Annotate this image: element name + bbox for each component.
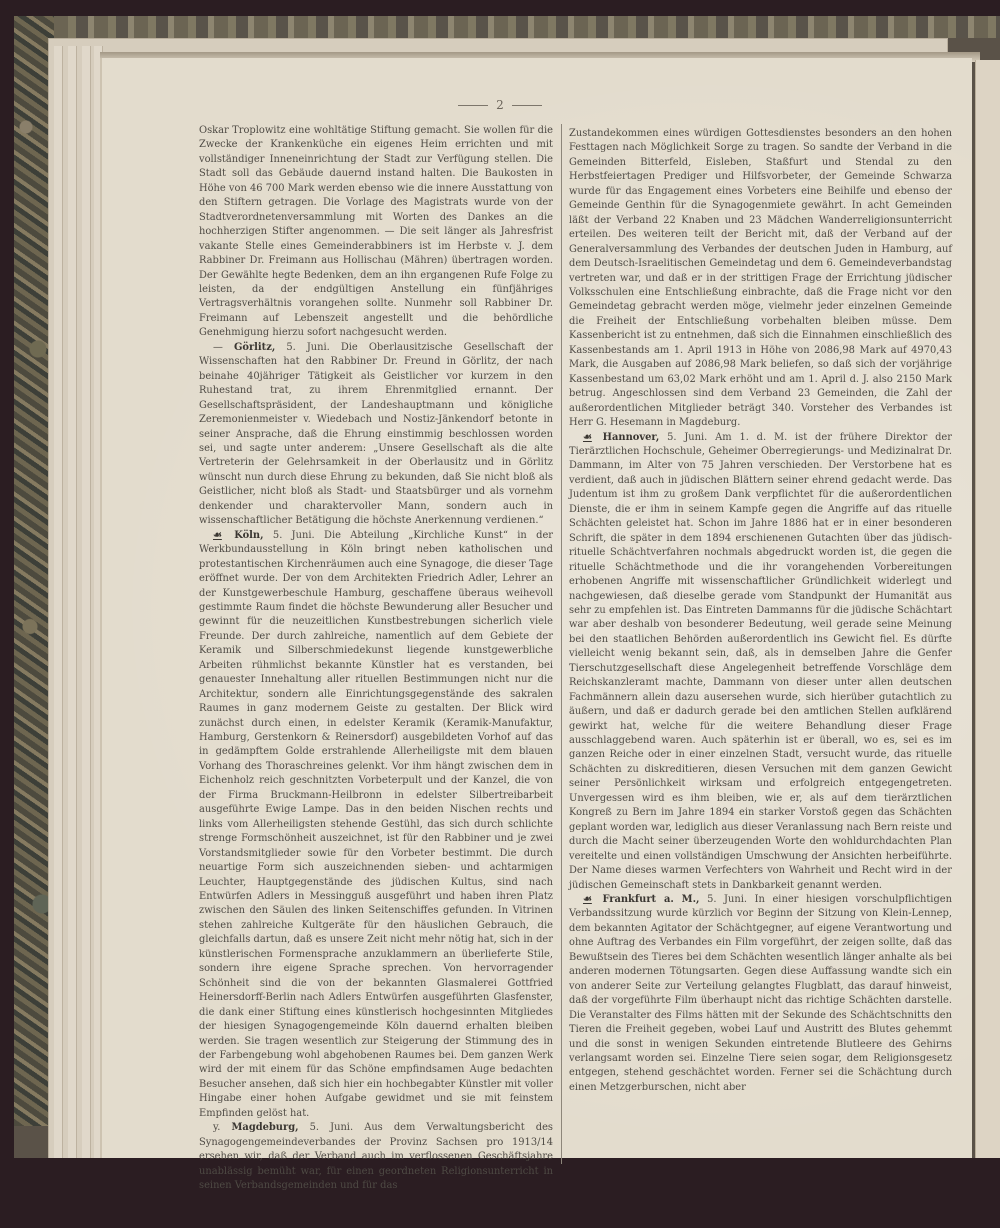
article-date: 5. Juni. [667, 432, 707, 443]
page-edge [54, 46, 63, 1160]
article-hannover: ☙ Hannover, 5. Juni. Am 1. d. M. ist der… [569, 431, 952, 894]
article-place: Hannover, [603, 432, 660, 443]
article-frankfurt: ☙ Frankfurt a. M., 5. Juni. In einer hie… [569, 893, 952, 1095]
page-edge [82, 46, 91, 1160]
article-text: Die Abteilung „Kirchliche Kunst“ in der … [199, 530, 553, 1119]
article-text: In einer hiesigen vorschulpflichtigen Ve… [569, 894, 952, 1093]
right-column: Zustandekommen eines würdigen Gottesdien… [569, 127, 952, 1095]
article-continuation: Zustandekommen eines würdigen Gottesdien… [569, 127, 952, 431]
correspondent-mark-icon: ☙ [583, 432, 592, 443]
left-column: Oskar Troplowitz eine wohltätige Stiftun… [199, 124, 553, 1194]
article-place: Köln, [234, 530, 263, 541]
article-magdeburg: y. Magdeburg, 5. Juni. Aus dem Verwaltun… [199, 1121, 553, 1193]
rule-left [458, 105, 488, 106]
column-divider [561, 124, 562, 1164]
article-text: Die Oberlausitzische Gesellschaft der Wi… [199, 342, 553, 526]
page-number-text: 2 [496, 98, 504, 112]
article-place: Magdeburg, [231, 1122, 298, 1133]
article-date: 5. Juni. [273, 530, 315, 541]
article-text: Zustandekommen eines würdigen Gottesdien… [569, 128, 952, 428]
article-marker: y. [213, 1122, 220, 1133]
article-marker: — [213, 342, 223, 353]
correspondent-mark-icon: ☙ [213, 530, 222, 541]
article-continuation: Oskar Troplowitz eine wohltätige Stiftun… [199, 124, 553, 341]
article-date: 5. Juni. [707, 894, 747, 905]
article-goerlitz: — Görlitz, 5. Juni. Die Oberlausitzische… [199, 341, 553, 529]
facing-page-edge [975, 60, 1000, 1160]
marbled-binding-top [54, 16, 1000, 38]
article-koeln: ☙ Köln, 5. Juni. Die Abteilung „Kirchlic… [199, 529, 553, 1122]
article-text: Oskar Troplowitz eine wohltätige Stiftun… [199, 125, 553, 338]
page-edge [68, 46, 77, 1160]
rule-right [512, 105, 542, 106]
correspondent-mark-icon: ☙ [583, 894, 592, 905]
article-place: Görlitz, [234, 342, 275, 353]
article-place: Frankfurt a. M., [602, 894, 699, 905]
page-number: 2 [0, 98, 1000, 112]
article-text: Am 1. d. M. ist der frühere Direktor der… [569, 432, 952, 891]
article-date: 5. Juni. [310, 1122, 353, 1133]
article-date: 5. Juni. [286, 342, 329, 353]
